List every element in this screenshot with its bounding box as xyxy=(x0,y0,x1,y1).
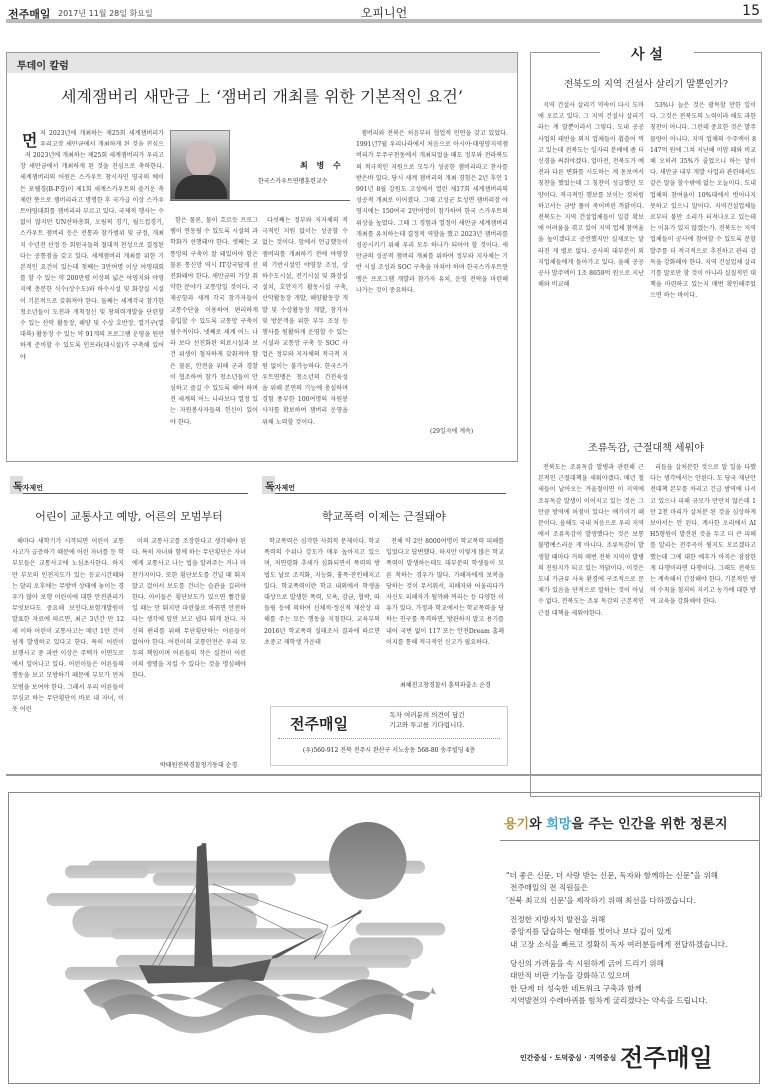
today-column-text-col1: 저 2023년에 개최하는 제25회 세계잼버리가 우리고장 새만금에서 개최하… xyxy=(20,150,164,428)
today-column-label: 투데이 칼럼 xyxy=(7,53,517,73)
header-divider xyxy=(6,19,762,23)
editorial-text-col2: 53%나 늘은 것은 괄목할 만한 일이다. 그것은 전북도의 노력이라 해도 … xyxy=(650,100,756,412)
today-column-text-col2: 함은 물론, 물이 흐르듯 프로그램이 연동될 수 있도록 시설의 과학화가 선… xyxy=(170,215,258,428)
reader-letter-1-col2: 이의 교통사고를 조장한다고 생각해야 된다. 특히 자녀와 함께 하는 무단횡… xyxy=(132,536,246,748)
today-column-title: 세계잼버리 새만금 上 ‘잼버리 개최를 위한 기본적인 요건’ xyxy=(6,84,518,107)
ad-paragraph-2: 진정한 지방자치 발전을 위해중앙지를 답습하는 형태를 벗어나 보다 깊이 있… xyxy=(510,914,727,951)
continued-note: (29일자에 계속) xyxy=(430,426,473,435)
reader-letter-label-1: 독자제언 xyxy=(10,476,248,494)
ad-paragraph-1: "더 좋은 신문, 더 사랑 받는 신문, 독자와 함께하는 신문"을 위해전주… xyxy=(506,870,718,907)
editorial-label: 사 설 xyxy=(600,44,694,62)
author-photo xyxy=(170,130,230,200)
ad-slogan: 인간중심 · 도덕중심 · 지역중심 xyxy=(520,1053,616,1063)
today-column-text-col3: 다섯째는 정부와 지자체의 적극적인 지원 없이는 성공할 수 없는 것이다. … xyxy=(262,215,348,428)
ad-headline: 용기와 희망을 주는 인간을 위한 정론지 xyxy=(504,813,728,832)
submission-divider xyxy=(278,738,500,739)
ad-divider xyxy=(500,840,760,841)
today-column-text-lead: 저 2023년에 개최하는 제25회 세계잼버리가 우리고장 새만금에서 개최하… xyxy=(40,128,164,146)
today-column-text-col4: 잼버리와 전북은 처음부터 협업적 인연을 갖고 있었다. 1991년7월 우리… xyxy=(356,128,508,418)
reader-letter-title-1: 어린이 교통사고 예방, 어른의 모범부터 xyxy=(10,508,248,524)
dropcap: 먼 xyxy=(22,128,37,151)
submission-address: (우)560-912 전북 전주시 완산구 서노송동 568-80 송주빌딩 4… xyxy=(270,745,508,754)
submission-message: 독자 여러분의 의견이 담긴기고와 투고를 기다립니다. xyxy=(372,710,482,730)
reader-letter-1-col1: 해마다 새학기가 시작되면 어린이 교통사고가 급증하기 때문에 어린 자녀를 … xyxy=(12,536,124,768)
section-divider xyxy=(6,774,762,776)
ad-logo: 전주매일 xyxy=(620,1038,713,1073)
reader-letter-2-signature: 최혜진고창경찰서 흥덕파출소 순경 xyxy=(400,680,491,689)
author-role: 한국스카우트연맹훈련교수 xyxy=(258,176,328,185)
editorial-text-col1: 지역 건설사 살리기 약속이 다시 도마에 오르고 있다. 그 지역 건설사 살… xyxy=(538,100,644,412)
reader-letter-label-2: 독자제언 xyxy=(262,476,506,494)
reader-letter-2-col1: 학교폭력은 심각한 사회적 문제이다. 학교폭력의 수위나 강도가 매우 높아지… xyxy=(264,536,380,668)
reader-letter-title-2: 학교폭력 이제는 근절돼야 xyxy=(262,508,506,524)
ship-illustration xyxy=(30,810,460,1050)
issue-date: 2017년 11월 28일 화요일 xyxy=(58,8,153,19)
page-number: 15 xyxy=(742,3,760,19)
author-name: 최 병 수 xyxy=(300,160,344,171)
editorial-title: 전북도의 지역 건설사 살리기 말뿐인가? xyxy=(530,76,762,90)
ad-paragraph-3: 당신의 가려움을 속 시원하게 긁어 드리기 위해대안적 비판 기능을 강화하고… xyxy=(510,958,708,1008)
reader-letter-1-signature: 박태원전북경찰청기동대 순경 xyxy=(160,760,237,769)
editorial-text-col4: 리들을 살처분한 것으로 알 일을 다했다는 생각에서는 안된다. 도 당국 재… xyxy=(650,462,756,792)
author-divider xyxy=(170,200,350,201)
editorial-title-2: 조류독감, 근절대책 세워야 xyxy=(530,439,762,454)
submission-brand: 전주매일 xyxy=(290,713,348,734)
reader-letter-2-col2: 전체 약 2만 8000여명이 학교폭력 피해를 입었다고 답변했다. 하지만 … xyxy=(386,536,504,664)
editorial-text-col3: 전북도는 조류독감 발병과 관련해 근본적인 근절대책을 세워야겠다. 매년 철… xyxy=(538,462,644,792)
